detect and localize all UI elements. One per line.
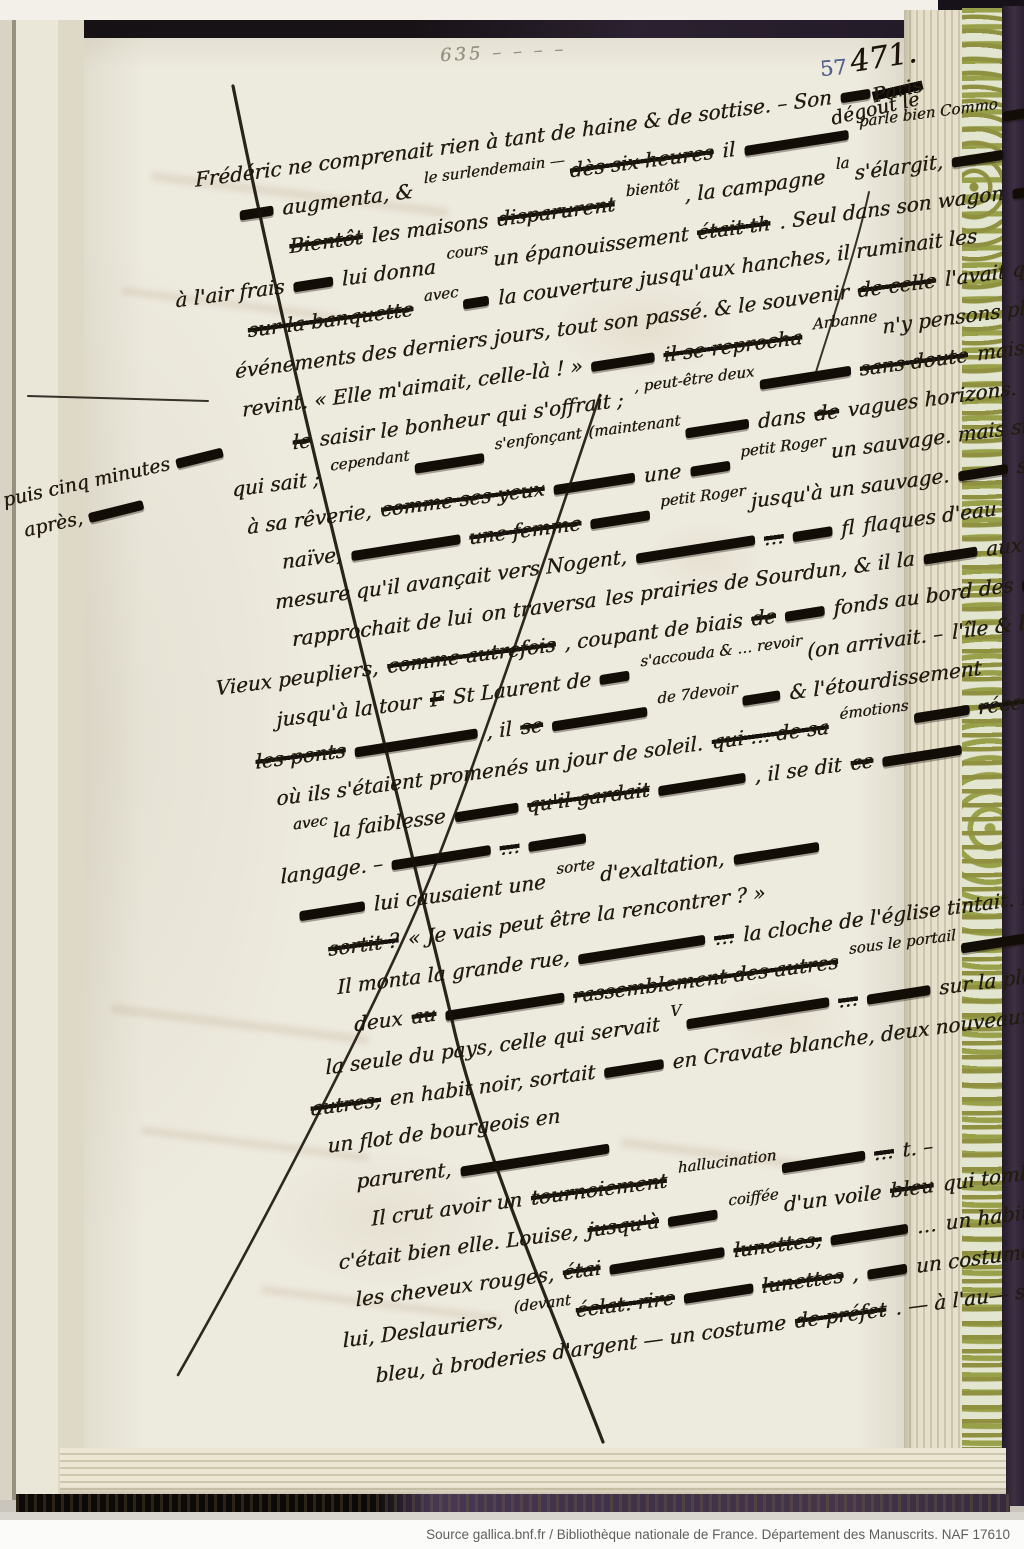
ink-blot [590, 510, 650, 529]
scan-background-top [0, 0, 1024, 20]
struck-text: de préfet [795, 1297, 887, 1333]
struck-text: lunettes [762, 1263, 844, 1298]
margin-note-text: après, [22, 507, 85, 541]
interlinear-insertion: sorte [556, 855, 595, 878]
struck-text: étai [563, 1255, 601, 1284]
handwritten-text: s'élargit, [854, 149, 943, 185]
struck-text: de celle [858, 268, 937, 302]
struck-text: bleu [890, 1173, 934, 1203]
ink-blot [604, 1058, 664, 1077]
struck-text: … [838, 986, 858, 1013]
struck-text: le [292, 428, 311, 454]
ink-blot [591, 352, 655, 372]
struck-text: était th [697, 211, 770, 245]
ink-blot [840, 88, 870, 103]
ink-blot [882, 744, 962, 766]
ink-blot [578, 934, 705, 964]
handwritten-text: , [852, 1261, 859, 1286]
struck-text: sortit ? [328, 928, 399, 961]
struck-text: lunettes, [733, 1227, 821, 1263]
ink-blot [690, 460, 730, 476]
struck-text: une femme [469, 511, 582, 550]
handwritten-text: une [643, 459, 681, 488]
source-caption: Source gallica.bnf.fr / Bibliothèque nat… [426, 1527, 1010, 1542]
handwritten-text: t. – [902, 1134, 933, 1162]
handwritten-text: qui sait ; [232, 466, 320, 501]
ink-blot [463, 295, 489, 309]
ink-blot [293, 276, 333, 292]
page-stack-bottom-edge [60, 1448, 1006, 1495]
struck-text: … [714, 924, 734, 951]
ink-blot [529, 833, 587, 852]
struck-text: … [500, 833, 520, 860]
ink-blot [759, 365, 851, 389]
ink-blot [454, 802, 518, 822]
handwritten-text: lui donna [342, 254, 436, 290]
struck-text: au [411, 1002, 436, 1029]
interlinear-insertion: la [836, 153, 850, 173]
handwritten-text: la faiblesse [332, 804, 445, 843]
struck-text: Bientôt [289, 225, 363, 259]
handwritten-text: fl [841, 515, 855, 541]
ink-blot [685, 418, 749, 438]
handwritten-text: langage. – [280, 851, 383, 888]
struck-text: … [873, 1139, 893, 1166]
manuscript-scan: { "colors": {"ink":"#221b10","blue_penci… [0, 0, 1024, 1549]
struck-text: jusqu'à [587, 1209, 659, 1242]
handwritten-text: sur la place [939, 960, 1024, 999]
interlinear-insertion: V [670, 1001, 681, 1020]
interlinear-insertion: avec [293, 811, 328, 834]
ink-blot [240, 205, 274, 220]
ink-blot [961, 931, 1024, 953]
ink-blot [392, 844, 492, 870]
handwritten-text: parurent, [356, 1157, 452, 1193]
ink-blot [553, 472, 635, 495]
struck-text: ce [850, 748, 873, 775]
ink-blot [354, 728, 477, 757]
ink-blot [781, 1150, 865, 1173]
ink-blot [792, 526, 832, 542]
ink-blot [610, 1246, 725, 1274]
struck-text: se [520, 712, 543, 739]
facing-page-edge [0, 20, 84, 1500]
handwritten-text: à l'air frais [175, 274, 285, 312]
ink-blot [830, 1223, 908, 1245]
ink-blot [744, 129, 849, 155]
gallica-caption-bar: Source gallica.bnf.fr / Bibliothèque nat… [0, 1520, 1024, 1549]
struck-text: sans doute [859, 343, 968, 381]
struck-text: récentes [978, 684, 1024, 719]
handwritten-text: un habit [945, 1200, 1024, 1235]
scan-background-bottom [0, 1512, 1024, 1520]
book-cover-bottom-edge [16, 1494, 1010, 1512]
struck-text: … [763, 524, 783, 551]
handwritten-text: on traversa [481, 588, 596, 627]
struck-text: de [814, 399, 839, 426]
struck-text: de [751, 603, 776, 630]
ink-blot [636, 535, 755, 564]
handwritten-text: dans [758, 403, 806, 433]
ink-blot [733, 841, 819, 864]
book-cover-top-edge [0, 20, 1024, 40]
ink-blot [600, 670, 630, 685]
ink-blot [658, 772, 746, 796]
struck-text: F [430, 686, 444, 712]
interlinear-insertion: avec [424, 283, 459, 306]
handwritten-text: d'un voile [784, 1180, 882, 1217]
handwritten-text: il [722, 137, 735, 163]
handwritten-text: , il [486, 716, 512, 743]
struck-text: les ponts [255, 738, 346, 774]
ink-blot [742, 690, 780, 706]
ink-blot [867, 1263, 907, 1279]
ink-blot [351, 534, 460, 561]
ink-blot [668, 1209, 718, 1227]
ink-blot [551, 706, 647, 731]
struck-text: éclat. rire [576, 1285, 675, 1322]
ink-blot [785, 605, 825, 621]
ink-blot [87, 500, 144, 523]
handwritten-text: qui tombait [942, 1157, 1024, 1196]
ink-blot [683, 1283, 753, 1304]
ink-blot [299, 901, 365, 921]
ink-blot [445, 992, 564, 1021]
interlinear-insertion: cours [446, 240, 488, 263]
ink-blot [913, 704, 969, 723]
handwritten-text: aux [986, 532, 1022, 561]
handwritten-text: , il se dit [754, 752, 841, 787]
handwritten-text: naïve, [282, 542, 343, 574]
handwritten-text: … [916, 1212, 936, 1239]
struck-text: autres, [310, 1087, 381, 1120]
ink-blot [923, 546, 977, 564]
ink-blot [414, 452, 484, 473]
handwritten-text: deux [354, 1006, 403, 1036]
ink-blot [867, 984, 931, 1004]
